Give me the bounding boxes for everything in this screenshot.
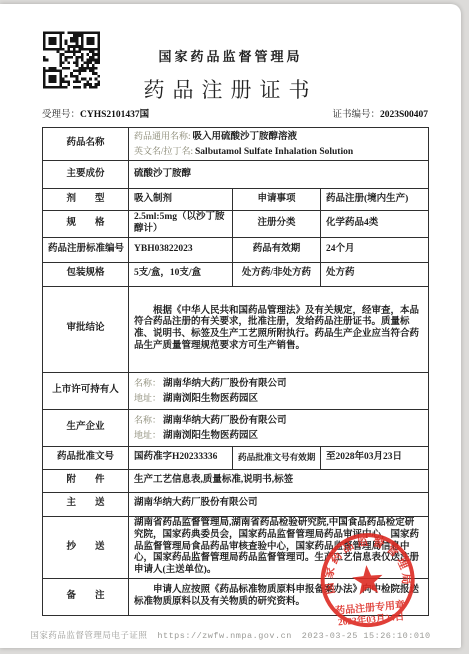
field-value-approval-no-validity: 至2028年03月23日	[321, 446, 429, 469]
field-value-ingredients: 硫酸沙丁胺醇	[129, 161, 429, 189]
field-value-approval-conclusion: 根据《中华人民共和国药品管理法》及有关规定，经审查，本品符合药品注册的有关要求，…	[129, 286, 429, 372]
field-value-reg-class: 化学药品4类	[321, 211, 429, 238]
field-value-manufacturer: 名称：湖南华纳大药厂股份有限公司 地址：湖南浏阳生物医药园区	[129, 409, 429, 446]
table-row: 主 送 湖南华纳大药厂股份有限公司	[43, 492, 429, 516]
field-value-attachments: 生产工艺信息表,质量标准,说明书,标签	[129, 469, 429, 492]
footer-label: 国家药品监督管理局电子证照	[30, 630, 147, 640]
table-row: 主要成份 硫酸沙丁胺醇	[43, 161, 429, 189]
field-value-validity: 24个月	[321, 237, 429, 262]
field-label-application: 申请事项	[233, 189, 321, 211]
footer-url: https://zwfw.nmpa.gov.cn	[157, 631, 291, 641]
field-value-dosage-form: 吸入制剂	[129, 189, 233, 211]
field-label-spec: 规 格	[43, 211, 129, 238]
table-row: 审批结论 根据《中华人民共和国药品管理法》及有关规定，经审查，本品符合药品注册的…	[43, 286, 429, 372]
field-label-remarks: 备 注	[43, 579, 129, 616]
field-label-holder: 上市许可持有人	[43, 372, 129, 409]
field-label-drug-name: 药品名称	[43, 128, 129, 161]
acceptance-number: 受理号：CYHS2101437国	[42, 106, 149, 120]
acceptance-number-value: CYHS2101437国	[80, 110, 149, 120]
table-row: 药品注册标准编号 YBH03822023 药品有效期 24个月	[43, 237, 429, 262]
certificate-number: 证书编号：2023S00407	[332, 106, 428, 120]
table-row: 药品名称 药品通用名称:吸入用硫酸沙丁胺醇溶液 英文名/拉丁名:Salbutam…	[43, 128, 429, 161]
english-name-value: Salbutamol Sulfate Inhalation Solution	[195, 147, 353, 157]
field-value-application: 药品注册(境内生产)	[321, 189, 429, 211]
field-value-spec: 2.5ml:5mg（以沙丁胺醇计）	[129, 211, 233, 238]
meta-row: 受理号：CYHS2101437国 证书编号：2023S00407	[42, 106, 428, 120]
english-name-label: 英文名/拉丁名:	[134, 146, 193, 156]
field-value-rx-otc: 处方药	[321, 262, 429, 286]
field-value-drug-name: 药品通用名称:吸入用硫酸沙丁胺醇溶液 英文名/拉丁名:Salbutamol Su…	[129, 128, 429, 161]
certificate-table: 药品名称 药品通用名称:吸入用硫酸沙丁胺醇溶液 英文名/拉丁名:Salbutam…	[42, 127, 429, 616]
table-row: 包装规格 5支/盒，10支/盒 处方药/非处方药 处方药	[43, 262, 429, 286]
field-value-holder: 名称：湖南华纳大药厂股份有限公司 地址：湖南浏阳生物医药园区	[129, 372, 429, 409]
footer-timestamp: 2023-03-25 15:26:10:010	[302, 631, 431, 641]
manufacturer-name-value: 湖南华纳大药厂股份有限公司	[163, 416, 287, 426]
manufacturer-addr-value: 湖南浏阳生物医药园区	[163, 431, 258, 441]
field-label-dosage-form: 剂 型	[43, 189, 129, 211]
table-row: 附 件 生产工艺信息表,质量标准,说明书,标签	[43, 469, 429, 492]
document-header: 国家药品监督管理局 药品注册证书	[0, 46, 461, 104]
field-label-reg-class: 注册分类	[233, 211, 321, 238]
table-row: 规 格 2.5ml:5mg（以沙丁胺醇计） 注册分类 化学药品4类	[43, 211, 429, 238]
table-row: 药品批准文号 国药准字H20233336 药品批准文号有效期 至2028年03月…	[43, 446, 429, 469]
field-label-main-recipient: 主 送	[43, 492, 129, 516]
certificate-page: 国家药品监督管理局 药品注册证书 受理号：CYHS2101437国 证书编号：2…	[0, 0, 469, 654]
manufacturer-addr-label: 地址：	[134, 430, 161, 440]
certificate-number-label: 证书编号：	[332, 110, 380, 120]
table-row: 备 注 申请人应按照《药品标准物质原料申报备案办法》向中检院报送标准物质原料以及…	[43, 579, 429, 616]
field-label-approval-conclusion: 审批结论	[43, 286, 129, 372]
field-label-validity: 药品有效期	[233, 237, 321, 262]
field-label-cc: 抄 送	[43, 516, 129, 578]
footer-line: 国家药品监督管理局电子证照https://zwfw.nmpa.gov.cn202…	[0, 629, 461, 641]
field-label-package: 包装规格	[43, 262, 129, 286]
generic-name-label: 药品通用名称:	[134, 131, 191, 141]
certificate-number-value: 2023S00407	[380, 110, 428, 120]
generic-name-value: 吸入用硫酸沙丁胺醇溶液	[193, 132, 298, 142]
field-value-package: 5支/盒，10支/盒	[129, 262, 233, 286]
field-label-attachments: 附 件	[43, 469, 129, 492]
acceptance-number-label: 受理号：	[42, 110, 80, 120]
issuing-authority: 国家药品监督管理局	[0, 46, 461, 65]
manufacturer-name-label: 名称：	[134, 415, 161, 425]
field-value-approval-no: 国药准字H20233336	[129, 446, 233, 469]
holder-addr-label: 地址：	[134, 393, 161, 403]
table-row: 剂 型 吸入制剂 申请事项 药品注册(境内生产)	[43, 189, 429, 211]
field-label-standard-no: 药品注册标准编号	[43, 237, 129, 262]
field-label-manufacturer: 生产企业	[43, 409, 129, 446]
field-value-standard-no: YBH03822023	[129, 237, 233, 262]
table-row: 上市许可持有人 名称：湖南华纳大药厂股份有限公司 地址：湖南浏阳生物医药园区	[43, 372, 429, 409]
holder-name-label: 名称：	[134, 378, 161, 388]
document-title: 药品注册证书	[0, 74, 461, 104]
field-label-ingredients: 主要成份	[43, 161, 129, 189]
holder-addr-value: 湖南浏阳生物医药园区	[163, 394, 258, 404]
table-row: 生产企业 名称：湖南华纳大药厂股份有限公司 地址：湖南浏阳生物医药园区	[43, 409, 429, 446]
field-label-approval-no-validity: 药品批准文号有效期	[233, 446, 321, 469]
table-row: 抄 送 湖南省药品监督管理局,湖南省药品检验研究院,中国食品药品检定研究院，国家…	[43, 516, 429, 578]
field-value-remarks: 申请人应按照《药品标准物质原料申报备案办法》向中检院报送标准物质原料以及有关物质…	[129, 579, 429, 616]
field-label-approval-no: 药品批准文号	[43, 446, 129, 469]
holder-name-value: 湖南华纳大药厂股份有限公司	[163, 379, 287, 389]
field-label-rx-otc: 处方药/非处方药	[233, 262, 321, 286]
field-value-cc: 湖南省药品监督管理局,湖南省药品检验研究院,中国食品药品检定研究院，国家药典委员…	[129, 516, 429, 578]
field-value-main-recipient: 湖南华纳大药厂股份有限公司	[129, 492, 429, 516]
